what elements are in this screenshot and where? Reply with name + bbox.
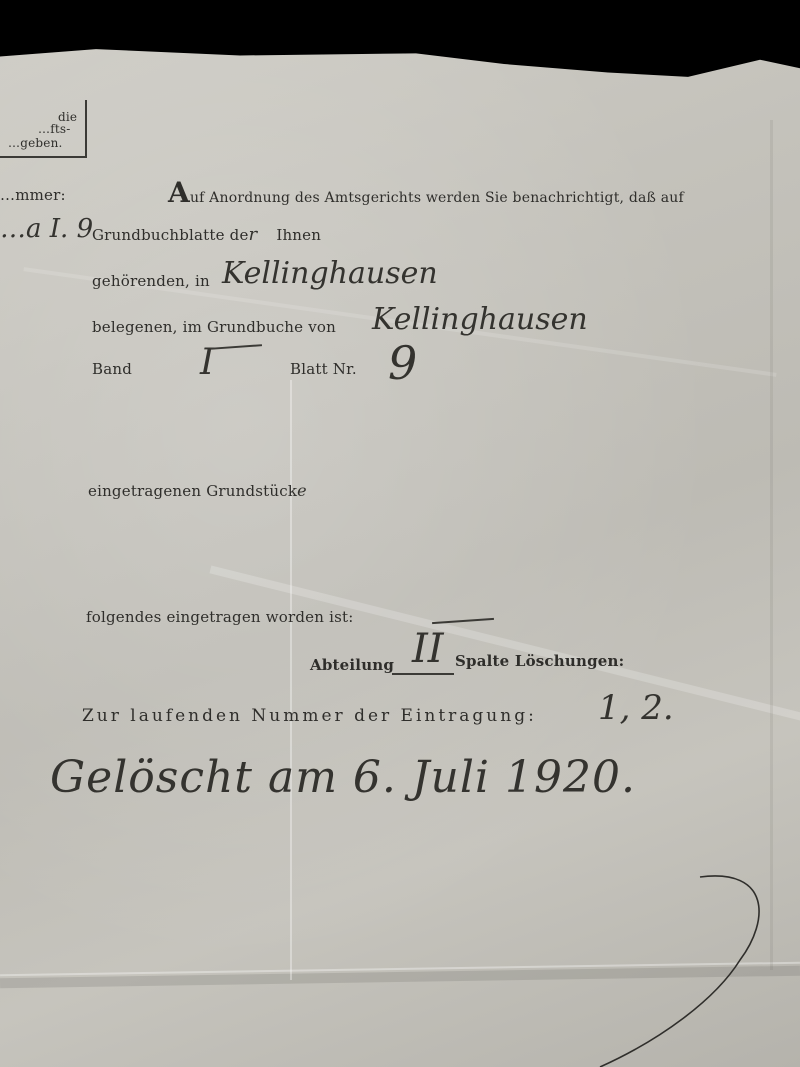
signature-stroke — [0, 0, 800, 1067]
